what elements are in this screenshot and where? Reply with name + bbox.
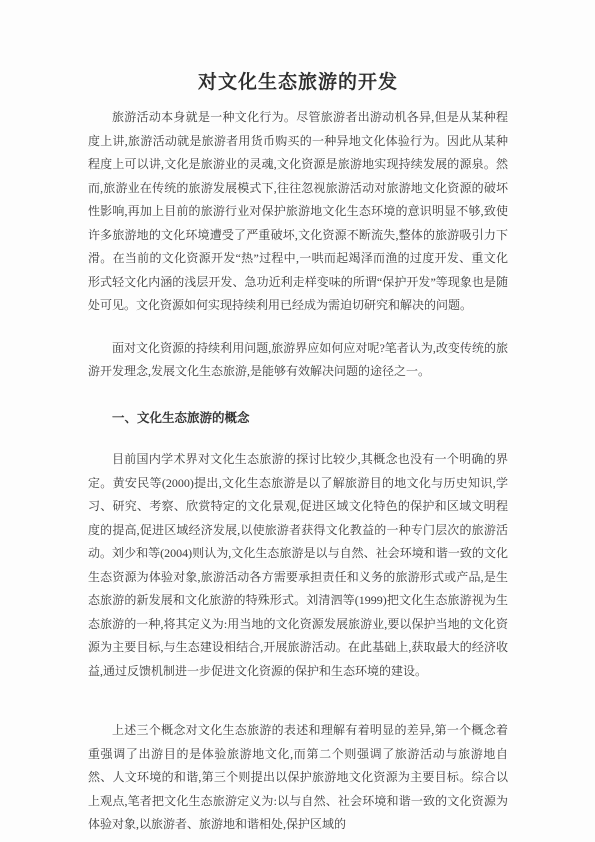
intro-paragraph-2: 面对文化资源的持续利用问题,旅游界应如何应对呢?笔者认为,改变传统的旅游开发理念…	[88, 337, 508, 384]
concept-paragraph-2: 上述三个概念对文化生态旅游的表述和理解有着明显的差异,第一个概念着重强调了出游目…	[88, 719, 508, 837]
document-page: 对文化生态旅游的开发 旅游活动本身就是一种文化行为。尽管旅游者出游动机各异,但是…	[0, 0, 595, 842]
intro-paragraph-1: 旅游活动本身就是一种文化行为。尽管旅游者出游动机各异,但是从某种程度上讲,旅游活…	[88, 106, 508, 318]
section-heading-concept: 一、文化生态旅游的概念	[88, 407, 508, 431]
document-content: 对文化生态旅游的开发 旅游活动本身就是一种文化行为。尽管旅游者出游动机各异,但是…	[88, 70, 508, 837]
concept-paragraph-1: 目前国内学术界对文化生态旅游的探讨比较少,其概念也没有一个明确的界定。黄安民等(…	[88, 448, 508, 683]
page-title: 对文化生态旅游的开发	[88, 70, 508, 96]
